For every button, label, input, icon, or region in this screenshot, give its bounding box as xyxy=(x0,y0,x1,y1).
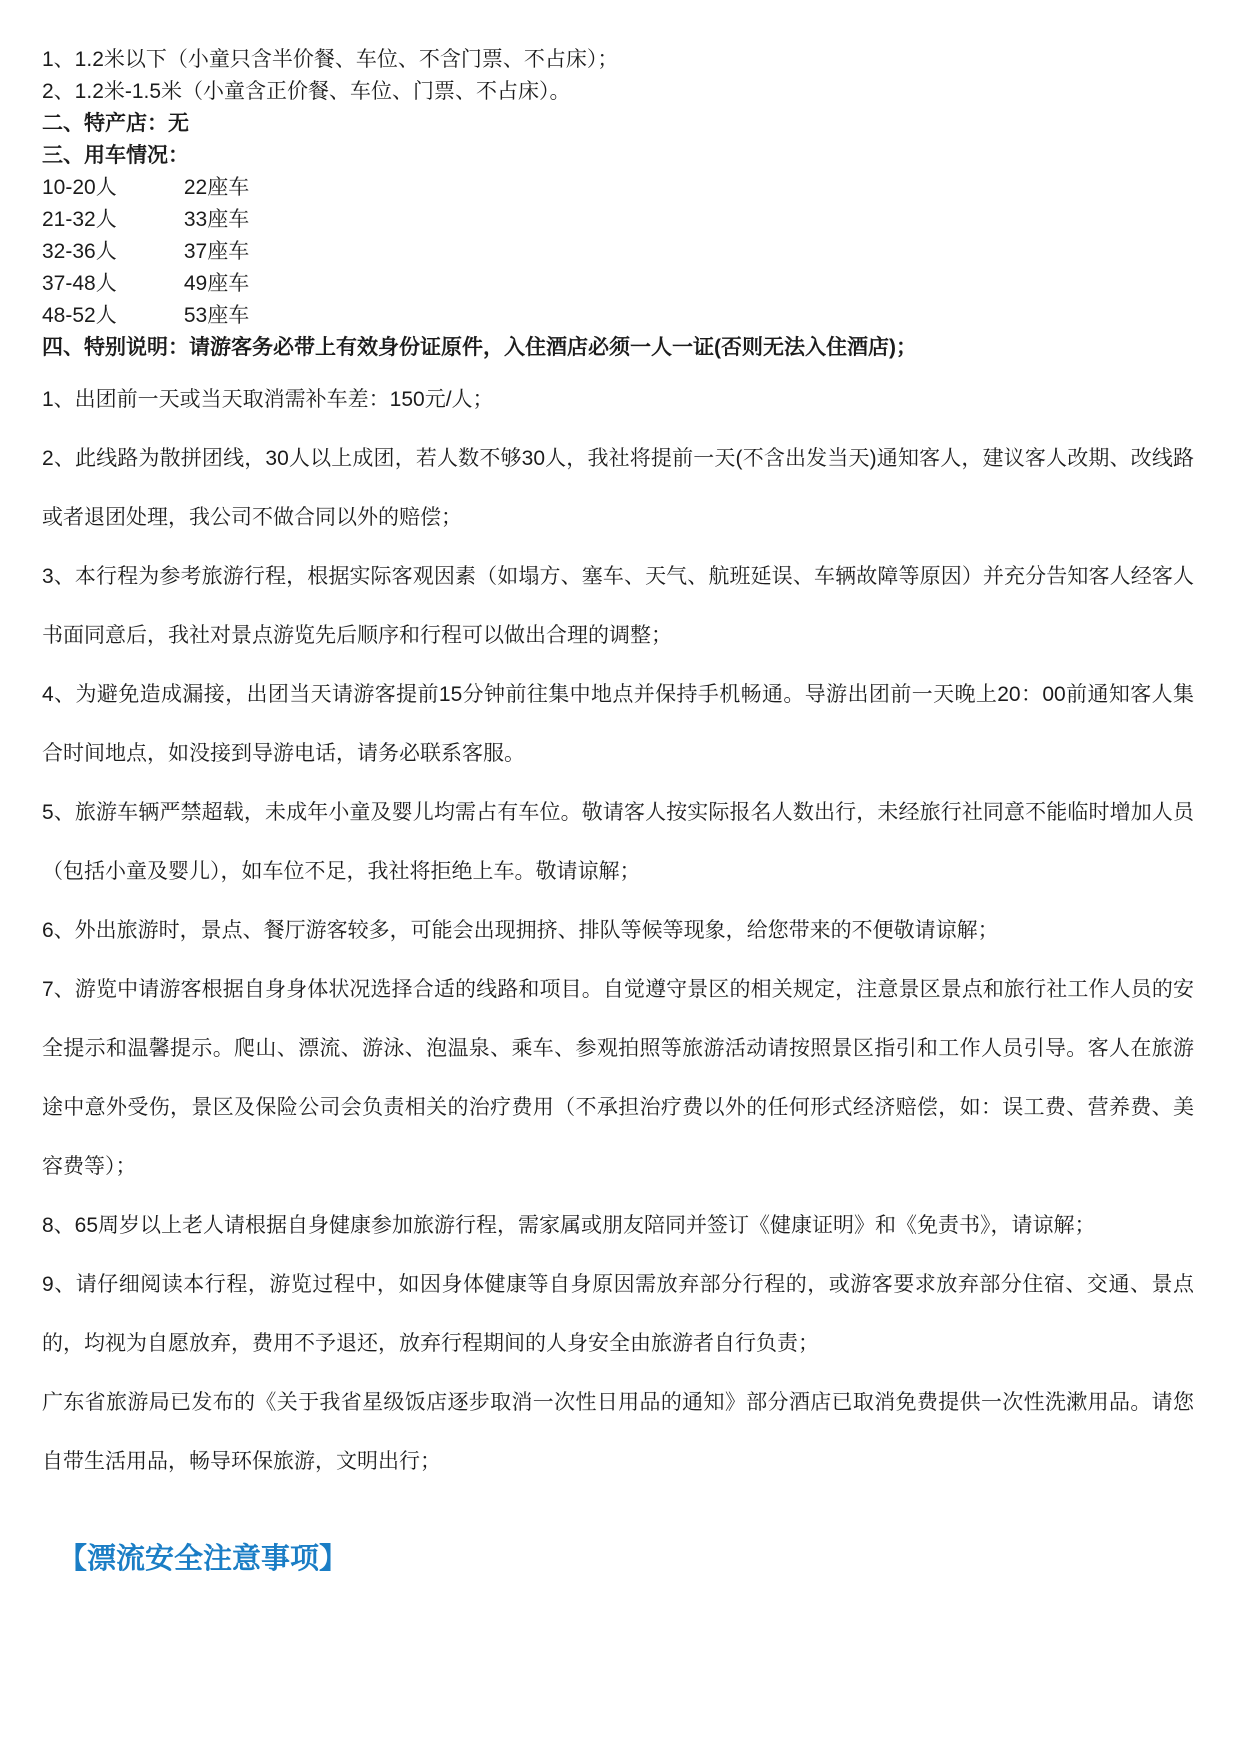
shop-heading: 二、特产店：无 xyxy=(42,108,1194,140)
special-note-item: 8、65周岁以上老人请根据自身健康参加旅游行程，需家属或朋友陪同并签订《健康证明… xyxy=(42,1196,1194,1255)
bus-size: 33座车 xyxy=(184,204,249,236)
bus-size: 53座车 xyxy=(184,300,249,332)
vehicle-row: 10-20人 22座车 xyxy=(42,172,1194,204)
vehicle-row: 37-48人 49座车 xyxy=(42,268,1194,300)
vehicle-row: 21-32人 33座车 xyxy=(42,204,1194,236)
special-note-item: 1、出团前一天或当天取消需补车差：150元/人； xyxy=(42,370,1194,429)
vehicle-row: 32-36人 37座车 xyxy=(42,236,1194,268)
special-notes-heading: 四、特别说明：请游客务必带上有效身份证原件，入住酒店必须一人一证(否则无法入住酒… xyxy=(42,332,1194,364)
special-note-item: 3、本行程为参考旅游行程，根据实际客观因素（如塌方、塞车、天气、航班延误、车辆故… xyxy=(42,547,1194,665)
special-note-item: 7、游览中请游客根据自身身体状况选择合适的线路和项目。自觉遵守景区的相关规定，注… xyxy=(42,960,1194,1196)
people-range: 48-52人 xyxy=(42,300,150,332)
people-range: 32-36人 xyxy=(42,236,150,268)
special-note-item: 广东省旅游局已发布的《关于我省星级饭店逐步取消一次性日用品的通知》部分酒店已取消… xyxy=(42,1373,1194,1491)
bus-size: 49座车 xyxy=(184,268,249,300)
special-note-item: 2、此线路为散拼团线，30人以上成团，若人数不够30人，我社将提前一天(不含出发… xyxy=(42,429,1194,547)
child-note: 1、1.2米以下（小童只含半价餐、车位、不含门票、不占床）； xyxy=(42,44,1194,76)
special-note-item: 6、外出旅游时，景点、餐厅游客较多，可能会出现拥挤、排队等候等现象，给您带来的不… xyxy=(42,901,1194,960)
special-note-item: 9、请仔细阅读本行程，游览过程中，如因身体健康等自身原因需放弃部分行程的，或游客… xyxy=(42,1255,1194,1373)
special-note-item: 4、为避免造成漏接，出团当天请游客提前15分钟前往集中地点并保持手机畅通。导游出… xyxy=(42,665,1194,783)
top-section: 1、1.2米以下（小童只含半价餐、车位、不含门票、不占床）； 2、1.2米-1.… xyxy=(42,44,1194,364)
special-notes-list: 1、出团前一天或当天取消需补车差：150元/人； 2、此线路为散拼团线，30人以… xyxy=(42,370,1194,1491)
travel-notice-document: 1、1.2米以下（小童只含半价餐、车位、不含门票、不占床）； 2、1.2米-1.… xyxy=(0,0,1236,1581)
people-range: 10-20人 xyxy=(42,172,150,204)
special-note-item: 5、旅游车辆严禁超载，未成年小童及婴儿均需占有车位。敬请客人按实际报名人数出行，… xyxy=(42,783,1194,901)
rafting-safety-heading: 【漂流安全注意事项】 xyxy=(42,1537,1194,1581)
bus-size: 22座车 xyxy=(184,172,249,204)
people-range: 21-32人 xyxy=(42,204,150,236)
bus-size: 37座车 xyxy=(184,236,249,268)
vehicle-row: 48-52人 53座车 xyxy=(42,300,1194,332)
child-note: 2、1.2米-1.5米（小童含正价餐、车位、门票、不占床）。 xyxy=(42,76,1194,108)
vehicle-heading: 三、用车情况： xyxy=(42,140,1194,172)
people-range: 37-48人 xyxy=(42,268,150,300)
